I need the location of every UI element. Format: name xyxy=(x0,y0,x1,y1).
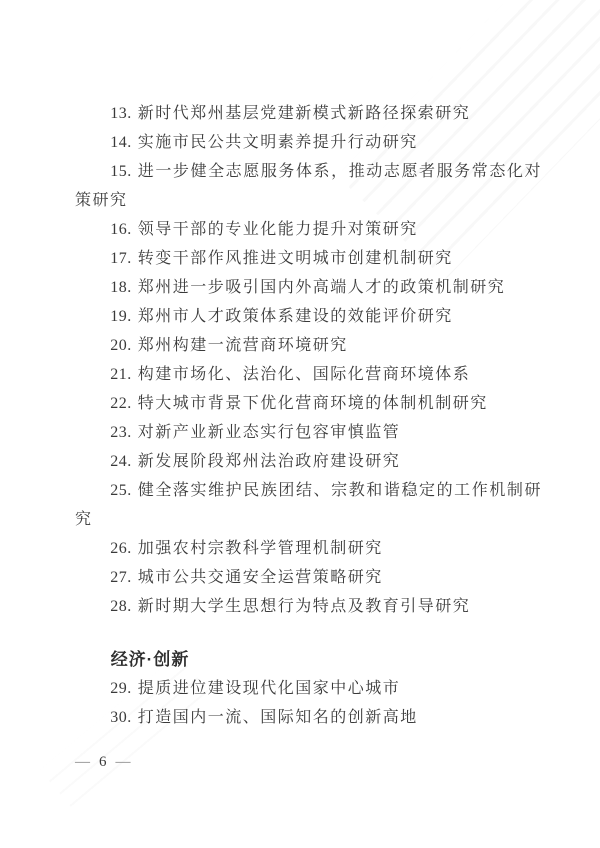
item-number: 23. xyxy=(110,424,132,441)
document-page: 13.新时代郑州基层党建新模式新路径探索研究 14.实施市民公共文明素养提升行动… xyxy=(0,0,600,848)
item-title: 对新产业新业态实行包容审慎监管 xyxy=(138,424,401,441)
item-number: 15. xyxy=(110,163,132,180)
item-title: 城市公共交通安全运营策略研究 xyxy=(138,569,383,586)
list-item: 20.郑州构建一流营商环境研究 xyxy=(75,331,542,360)
item-number: 25. xyxy=(110,482,132,499)
list-item: 26.加强农村宗教科学管理机制研究 xyxy=(75,534,542,563)
list-item: 25.健全落实维护民族团结、宗教和谐稳定的工作机制研究 xyxy=(75,476,542,534)
item-number: 30. xyxy=(110,709,132,726)
list-item: 24.新发展阶段郑州法治政府建设研究 xyxy=(75,447,542,476)
list-item: 15.进一步健全志愿服务体系，推动志愿者服务常态化对策研究 xyxy=(75,157,542,215)
item-title: 新时期大学生思想行为特点及教育引导研究 xyxy=(138,598,471,615)
item-title: 郑州进一步吸引国内外高端人才的政策机制研究 xyxy=(138,279,506,296)
item-title: 特大城市背景下优化营商环境的体制机制研究 xyxy=(138,395,488,412)
item-title: 提质进位建设现代化国家中心城市 xyxy=(138,680,401,697)
list-item: 19.郑州市人才政策体系建设的效能评价研究 xyxy=(75,302,542,331)
list-item: 21.构建市场化、法治化、国际化营商环境体系 xyxy=(75,360,542,389)
item-title: 健全落实维护民族团结、宗教和谐稳定的工作机制研究 xyxy=(75,482,542,528)
page-number: 6 xyxy=(99,754,107,771)
list-item: 23.对新产业新业态实行包容审慎监管 xyxy=(75,418,542,447)
item-number: 27. xyxy=(110,569,132,586)
footer-dash-right: — xyxy=(116,754,131,771)
list-item: 27.城市公共交通安全运营策略研究 xyxy=(75,563,542,592)
footer-dash-left: — xyxy=(75,754,90,771)
item-title: 构建市场化、法治化、国际化营商环境体系 xyxy=(138,366,471,383)
item-title: 实施市民公共文明素养提升行动研究 xyxy=(138,134,418,151)
item-number: 19. xyxy=(110,308,132,325)
page-footer: — 6 — xyxy=(75,754,131,771)
list-item: 22.特大城市背景下优化营商环境的体制机制研究 xyxy=(75,389,542,418)
item-title: 新发展阶段郑州法治政府建设研究 xyxy=(138,453,401,470)
item-number: 20. xyxy=(110,337,132,354)
item-title: 领导干部的专业化能力提升对策研究 xyxy=(138,221,418,238)
item-number: 16. xyxy=(110,221,132,238)
item-number: 28. xyxy=(110,598,132,615)
item-title: 转变干部作风推进文明城市创建机制研究 xyxy=(138,250,453,267)
item-title: 加强农村宗教科学管理机制研究 xyxy=(138,540,383,557)
document-body: 13.新时代郑州基层党建新模式新路径探索研究 14.实施市民公共文明素养提升行动… xyxy=(75,0,542,732)
list-item: 17.转变干部作风推进文明城市创建机制研究 xyxy=(75,244,542,273)
list-item: 13.新时代郑州基层党建新模式新路径探索研究 xyxy=(75,99,542,128)
item-title: 郑州构建一流营商环境研究 xyxy=(138,337,348,354)
list-item: 30.打造国内一流、国际知名的创新高地 xyxy=(75,703,542,732)
item-number: 18. xyxy=(110,279,132,296)
item-number: 24. xyxy=(110,453,132,470)
list-item: 16.领导干部的专业化能力提升对策研究 xyxy=(75,215,542,244)
item-number: 13. xyxy=(110,105,132,122)
item-number: 26. xyxy=(110,540,132,557)
item-title: 进一步健全志愿服务体系，推动志愿者服务常态化对策研究 xyxy=(75,163,542,209)
list-item: 14.实施市民公共文明素养提升行动研究 xyxy=(75,128,542,157)
item-number: 17. xyxy=(110,250,132,267)
item-title: 郑州市人才政策体系建设的效能评价研究 xyxy=(138,308,453,325)
item-number: 29. xyxy=(110,680,132,697)
item-title: 新时代郑州基层党建新模式新路径探索研究 xyxy=(138,105,471,122)
item-number: 14. xyxy=(110,134,132,151)
item-number: 22. xyxy=(110,395,132,412)
section-heading: 经济·创新 xyxy=(75,645,542,674)
list-item: 29.提质进位建设现代化国家中心城市 xyxy=(75,674,542,703)
list-item: 18.郑州进一步吸引国内外高端人才的政策机制研究 xyxy=(75,273,542,302)
item-number: 21. xyxy=(110,366,132,383)
list-item: 28.新时期大学生思想行为特点及教育引导研究 xyxy=(75,592,542,621)
item-title: 打造国内一流、国际知名的创新高地 xyxy=(138,709,418,726)
